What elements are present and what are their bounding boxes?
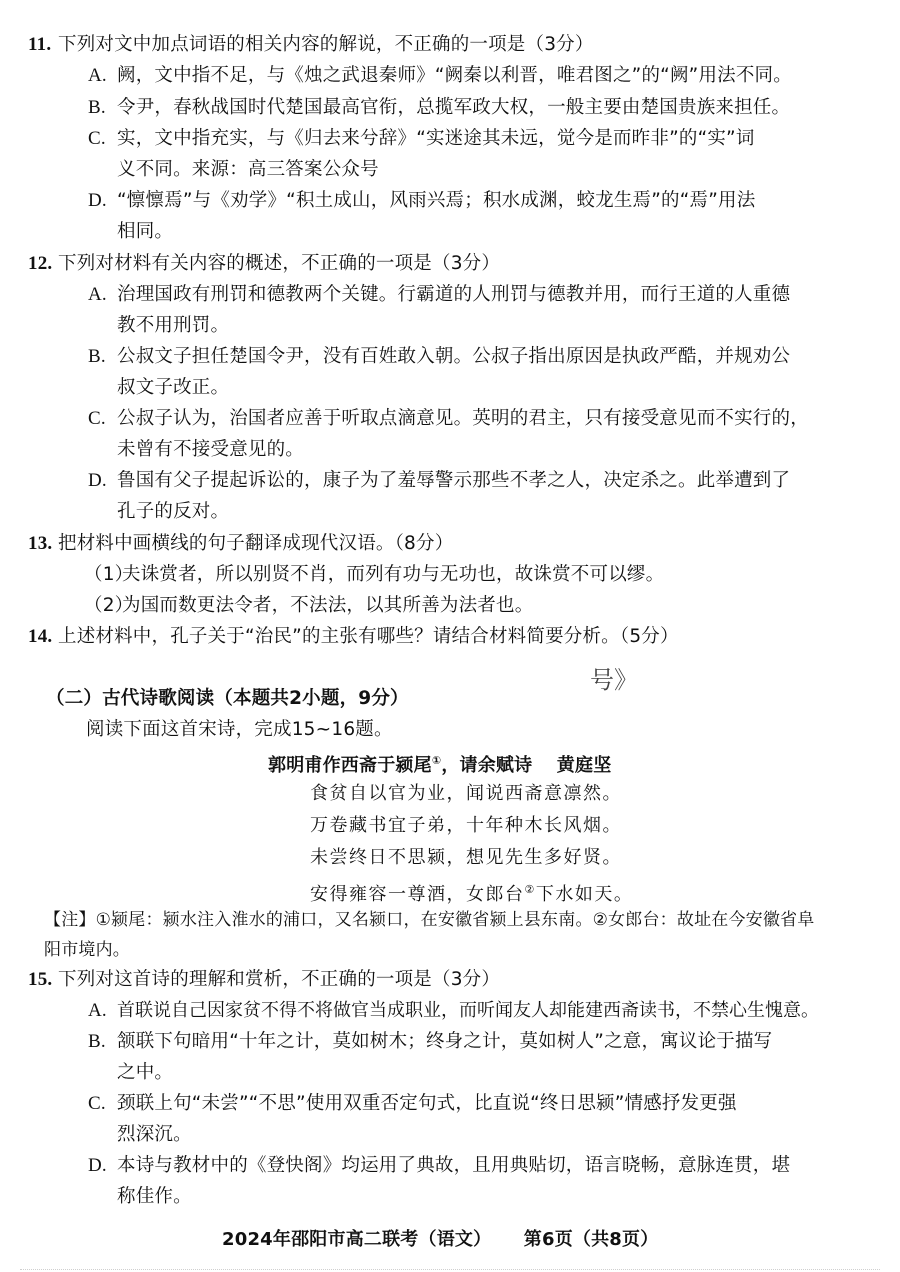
- question-stem: 下列对这首诗的理解和赏析，不正确的一项是（3分）: [58, 968, 500, 992]
- section-heading: （二）古代诗歌阅读（本题共2小题，9分）: [46, 687, 409, 711]
- page-number: 第6页（共8页）: [524, 1229, 659, 1250]
- poem-line: 食贫自以官为业，闻说西斋意凛然。: [310, 782, 622, 806]
- question-stem: 上述材料中，孔子关于“治民”的主张有哪些？请结合材料简要分析。（5分）: [58, 625, 679, 649]
- question-number: 11.: [28, 33, 51, 57]
- poem-title: 郭明甫作西斋于颍尾①，请余赋诗 黄庭坚: [268, 749, 611, 778]
- question-number: 12.: [28, 252, 52, 276]
- question-number: 13.: [28, 532, 52, 556]
- question-stem: 下列对文中加点词语的相关内容的解说，不正确的一项是（3分）: [58, 33, 594, 57]
- section-intro: 阅读下面这首宋诗，完成15~16题。: [86, 718, 393, 742]
- page-footer: 2024年邵阳市高二联考（语文） 第6页（共8页）: [222, 1228, 658, 1252]
- question-stem: 把材料中画横线的句子翻译成现代汉语。（8分）: [58, 532, 453, 556]
- exam-page: 11. 下列对文中加点词语的相关内容的解说，不正确的一项是（3分） A. 阙，文…: [0, 0, 900, 1272]
- poem-line: 万卷藏书宜子弟，十年种木长风烟。: [310, 814, 622, 838]
- poem-note: 【注】①颍尾：颍水注入淮水的浦口，又名颍口，在安徽省颍上县东南。②女郎台：故址在…: [44, 908, 814, 932]
- poem-author: 黄庭坚: [557, 755, 612, 776]
- exam-name: 2024年邵阳市高二联考（语文）: [222, 1229, 491, 1250]
- poem-note-continued: 阳市境内。: [44, 938, 130, 962]
- question-number: 14.: [28, 625, 52, 649]
- question-number: 15.: [28, 968, 52, 992]
- poem-line: 未尝终日不思颍，想见先生多好贤。: [310, 846, 622, 870]
- handwritten-mark: 号》: [590, 660, 638, 695]
- page-edge-divider: [20, 1269, 880, 1270]
- poem-line: 安得雍容一尊酒，女郎台②下水如天。: [310, 878, 633, 907]
- question-stem: 下列对材料有关内容的概述，不正确的一项是（3分）: [58, 252, 500, 276]
